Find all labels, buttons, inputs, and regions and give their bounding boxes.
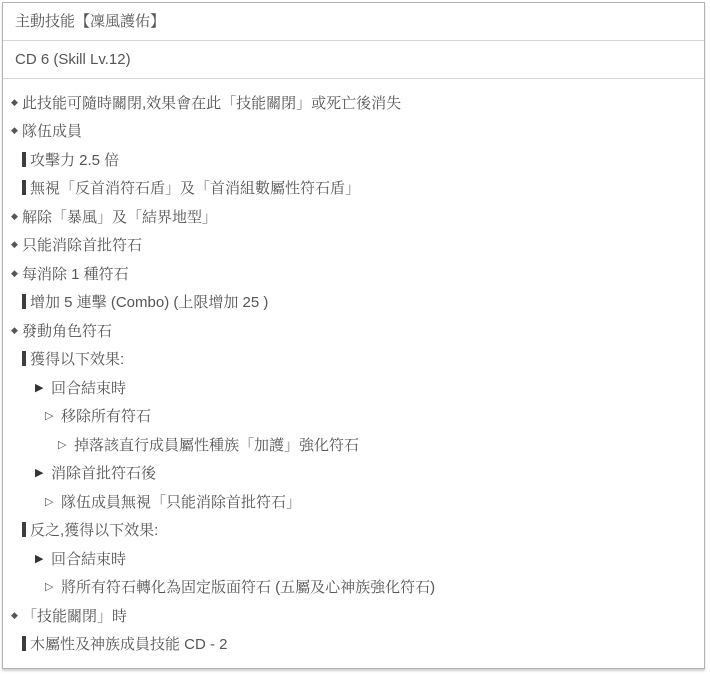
effect-line: ◆ 解除「暴風」及「結界地型」	[3, 202, 692, 231]
effect-text: 消除首批符石後	[51, 462, 156, 483]
effect-line: 反之,獲得以下效果:	[3, 516, 692, 545]
effect-text: 反之,獲得以下效果:	[30, 519, 158, 540]
bar-bullet-icon	[22, 522, 26, 537]
effect-text: 「技能關閉」時	[22, 605, 127, 626]
effect-line: ◆ 每消除 1 種符石	[3, 259, 692, 288]
effect-line: ◆ 只能消除首批符石	[3, 231, 692, 260]
effect-text: 移除所有符石	[61, 405, 151, 426]
effect-text: 將所有符石轉化為固定版面符石 (五屬及心神族強化符石)	[61, 576, 435, 597]
effect-text: 回合結束時	[51, 548, 126, 569]
effect-line: 增加 5 連擊 (Combo) (上限增加 25 )	[3, 288, 692, 317]
effect-line: 獲得以下效果:	[3, 345, 692, 374]
bar-bullet-icon	[22, 294, 26, 309]
effect-line: ▶ 回合結束時	[3, 373, 692, 402]
bar-bullet-icon	[22, 636, 26, 651]
filled-triangle-icon: ▶	[35, 381, 51, 394]
diamond-bullet-icon: ◆	[11, 125, 22, 136]
diamond-bullet-icon: ◆	[11, 268, 22, 279]
diamond-bullet-icon: ◆	[11, 211, 22, 222]
effect-text: 每消除 1 種符石	[22, 263, 129, 284]
effect-text: 隊伍成員	[22, 120, 82, 141]
page: 主動技能【凜風護佑】 CD 6 (Skill Lv.12) ◆ 此技能可隨時關閉…	[0, 0, 710, 669]
effect-text: 增加 5 連擊 (Combo) (上限增加 25 )	[30, 291, 268, 312]
effect-line: ▶ 回合結束時	[3, 544, 692, 573]
open-triangle-icon: ▷	[58, 438, 74, 451]
skill-cooldown: CD 6 (Skill Lv.12)	[15, 51, 131, 68]
effect-text: 發動角色符石	[22, 320, 112, 341]
skill-title-row: 主動技能【凜風護佑】	[3, 3, 704, 41]
effect-text: 隊伍成員無視「只能消除首批符石」	[61, 491, 301, 512]
effect-text: 解除「暴風」及「結界地型」	[22, 206, 217, 227]
filled-triangle-icon: ▶	[35, 466, 51, 479]
open-triangle-icon: ▷	[45, 580, 61, 593]
effect-line: ▷ 掉落該直行成員屬性種族「加護」強化符石	[3, 430, 692, 459]
effect-line: ◆ 隊伍成員	[3, 117, 692, 146]
effect-text: 此技能可隨時關閉,效果會在此「技能關閉」或死亡後消失	[22, 92, 401, 113]
effect-line: 攻擊力 2.5 倍	[3, 145, 692, 174]
skill-cooldown-row: CD 6 (Skill Lv.12)	[3, 41, 704, 79]
effect-text: 木屬性及神族成員技能 CD - 2	[30, 633, 228, 654]
skill-title: 主動技能【凜風護佑】	[15, 13, 165, 30]
diamond-bullet-icon: ◆	[11, 97, 22, 108]
open-triangle-icon: ▷	[45, 409, 61, 422]
effect-text: 攻擊力 2.5 倍	[30, 149, 119, 170]
skill-description-table: 主動技能【凜風護佑】 CD 6 (Skill Lv.12) ◆ 此技能可隨時關閉…	[2, 2, 705, 669]
skill-effect-list: ◆ 此技能可隨時關閉,效果會在此「技能關閉」或死亡後消失 ◆ 隊伍成員 攻擊力 …	[3, 79, 704, 668]
diamond-bullet-icon: ◆	[11, 239, 22, 250]
bar-bullet-icon	[22, 180, 26, 195]
diamond-bullet-icon: ◆	[11, 325, 22, 336]
open-triangle-icon: ▷	[45, 495, 61, 508]
effect-line: 木屬性及神族成員技能 CD - 2	[3, 630, 692, 659]
filled-triangle-icon: ▶	[35, 552, 51, 565]
effect-line: ▶ 消除首批符石後	[3, 459, 692, 488]
effect-text: 獲得以下效果:	[30, 348, 124, 369]
bar-bullet-icon	[22, 351, 26, 366]
effect-line: 無視「反首消符石盾」及「首消組數屬性符石盾」	[3, 174, 692, 203]
effect-line: ◆ 發動角色符石	[3, 316, 692, 345]
diamond-bullet-icon: ◆	[11, 610, 22, 621]
effect-line: ▷ 移除所有符石	[3, 402, 692, 431]
effect-line: ◆ 此技能可隨時關閉,效果會在此「技能關閉」或死亡後消失	[3, 88, 692, 117]
effect-text: 只能消除首批符石	[22, 234, 142, 255]
effect-text: 掉落該直行成員屬性種族「加護」強化符石	[74, 434, 359, 455]
effect-text: 回合結束時	[51, 377, 126, 398]
effect-line: ▷ 隊伍成員無視「只能消除首批符石」	[3, 487, 692, 516]
effect-line: ▷ 將所有符石轉化為固定版面符石 (五屬及心神族強化符石)	[3, 573, 692, 602]
effect-line: ◆ 「技能關閉」時	[3, 601, 692, 630]
effect-text: 無視「反首消符石盾」及「首消組數屬性符石盾」	[30, 177, 360, 198]
bar-bullet-icon	[22, 152, 26, 167]
